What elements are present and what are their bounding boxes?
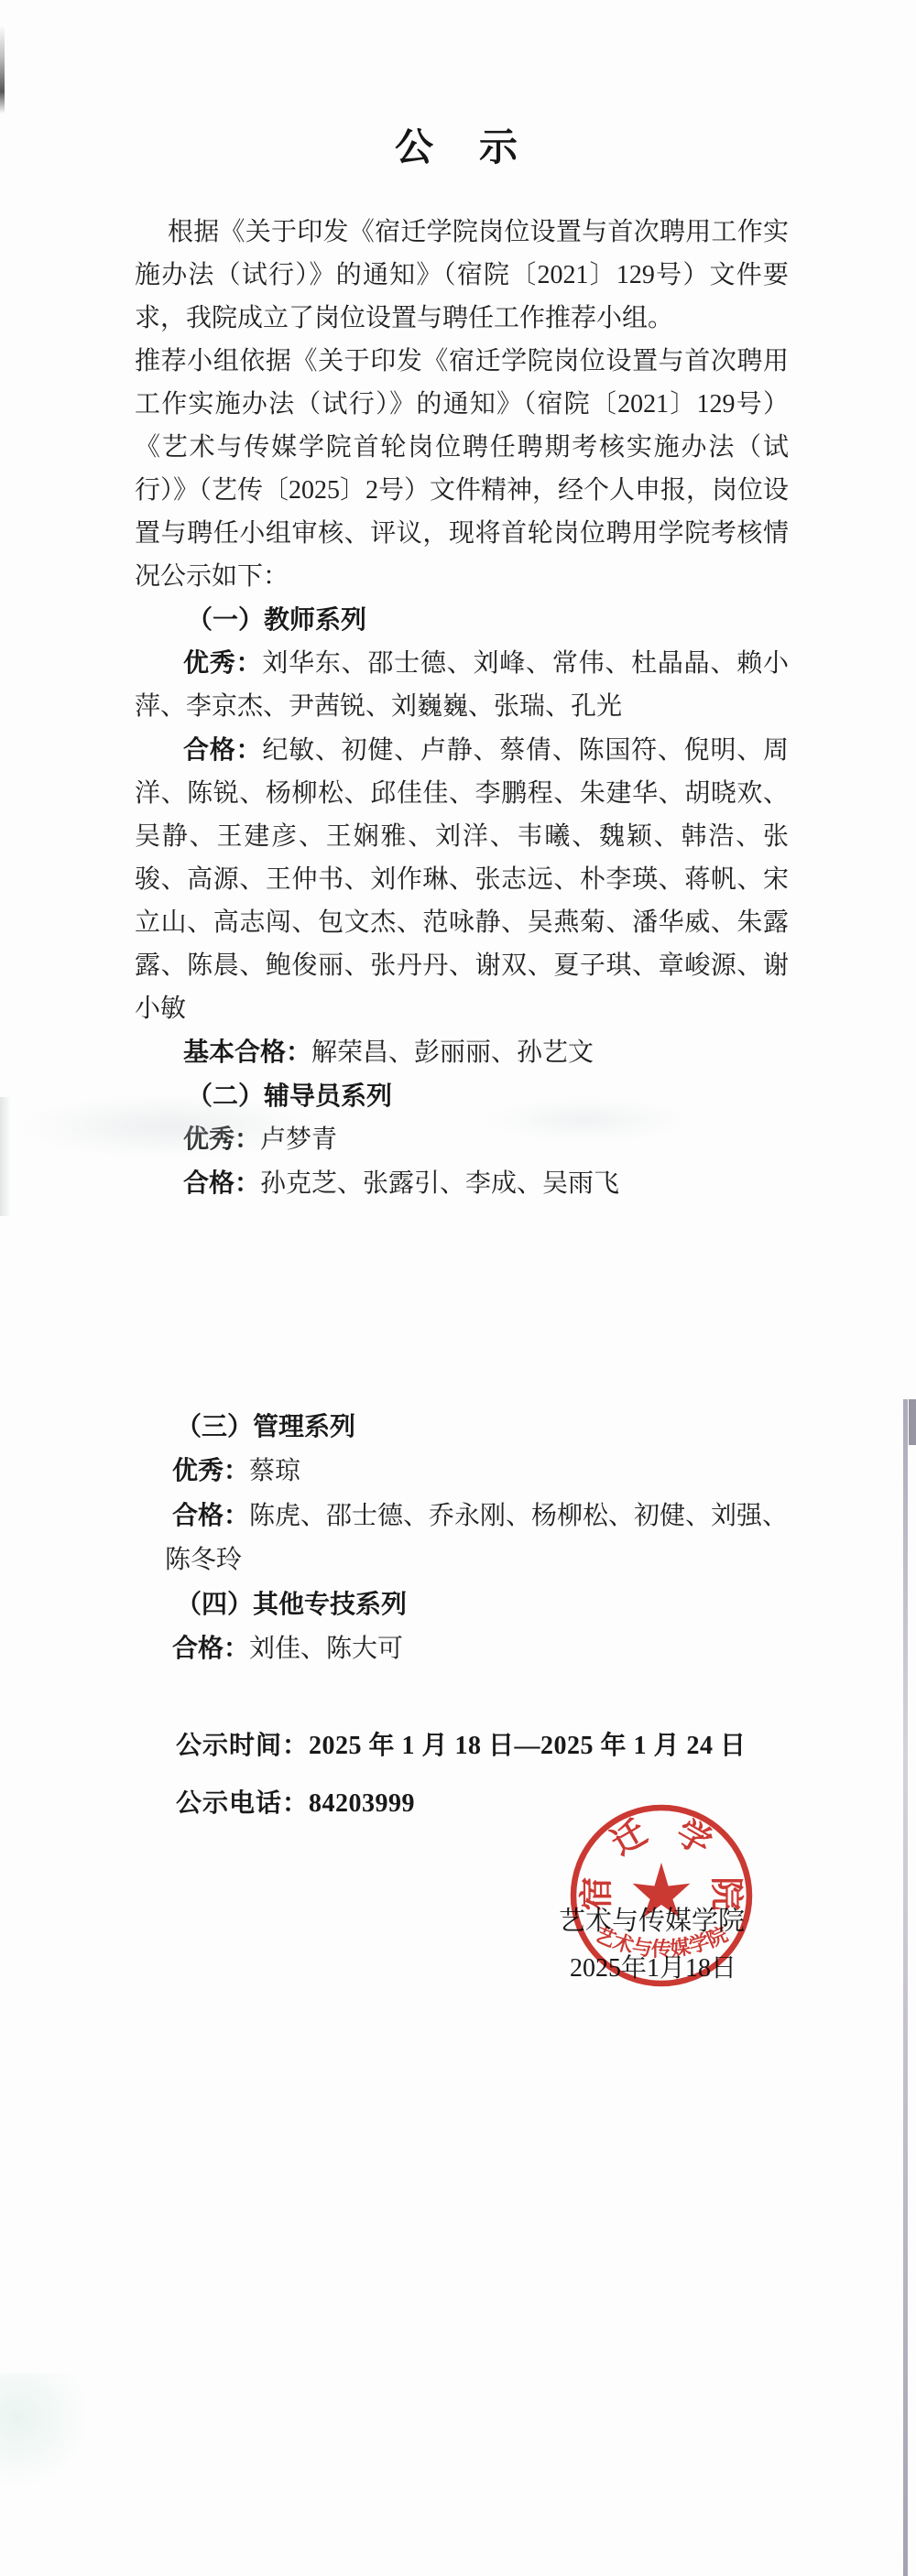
scan-artifact <box>903 1399 908 2576</box>
intro-paragraph-1: 根据《关于印发《宿迁学院岗位设置与首次聘用工作实施办法（试行）》的通知》（宿院〔… <box>135 211 789 340</box>
entry-teachers-basic-qualified: 基本合格：解荣昌、彭丽丽、孙艺文 <box>135 1030 789 1074</box>
entry-teachers-qualified: 合格：纪敏、初健、卢静、蔡倩、陈国符、倪明、周洋、陈锐、杨柳松、邱佳佳、李鹏程、… <box>135 728 789 1030</box>
section-heading-management: （三）管理系列 <box>165 1405 806 1449</box>
entry-label: 优秀： <box>183 1125 260 1153</box>
seal-banner-textpath: 艺术与传媒学院 <box>592 1922 731 1961</box>
announcement-body-page2: （三）管理系列 优秀：蔡琼 合格：陈虎、邵士德、乔永刚、杨柳松、初健、刘强、陈冬… <box>165 1405 806 1671</box>
star-icon <box>633 1863 691 1918</box>
entry-label: 基本合格： <box>183 1038 311 1066</box>
publicity-phone-value: 84203999 <box>309 1789 415 1818</box>
page-title: 公 示 <box>0 126 916 168</box>
entry-label: 优秀： <box>172 1456 249 1484</box>
entry-names: 孙克芝、张露引、李成、吴雨飞 <box>260 1169 619 1198</box>
entry-names: 刘佳、陈大可 <box>249 1635 403 1663</box>
section-heading-other-specialist: （四）其他专技系列 <box>165 1582 806 1626</box>
entry-other-qualified: 合格：刘佳、陈大可 <box>165 1626 806 1671</box>
publicity-period-line: 公示时间：2025 年 1 月 18 日—2025 年 1 月 24 日 <box>176 1727 747 1765</box>
entry-names: 蔡琼 <box>249 1457 300 1485</box>
entry-label: 合格： <box>172 1501 249 1529</box>
seal-char: 院 <box>707 1877 746 1911</box>
entry-teachers-excellent: 优秀：刘华东、邵士德、刘峰、常伟、杜晶晶、赖小萍、李京杰、尹茜锐、刘巍巍、张瑞、… <box>135 641 789 728</box>
entry-management-excellent: 优秀：蔡琼 <box>165 1449 806 1494</box>
entry-names: 卢梦青 <box>260 1125 337 1154</box>
section-heading-counselors: （二）辅导员系列 <box>135 1074 789 1117</box>
announcement-body-page1: 根据《关于印发《宿迁学院岗位设置与首次聘用工作实施办法（试行）》的通知》（宿院〔… <box>135 211 789 1205</box>
seal-banner-text: 艺术与传媒学院 <box>592 1922 731 1961</box>
scanned-announcement-page: 公 示 根据《关于印发《宿迁学院岗位设置与首次聘用工作实施办法（试行）》的通知》… <box>0 0 916 2576</box>
publicity-period-value: 2025 年 1 月 18 日—2025 年 1 月 24 日 <box>309 1732 747 1760</box>
entry-names: 纪敏、初健、卢静、蔡倩、陈国符、倪明、周洋、陈锐、杨柳松、邱佳佳、李鹏程、朱建华… <box>135 736 789 1023</box>
entry-label: 合格： <box>172 1634 249 1662</box>
entry-names: 陈虎、邵士德、乔永刚、杨柳松、初健、刘强、陈冬玲 <box>165 1502 788 1574</box>
scan-artifact <box>0 26 5 114</box>
scan-artifact <box>0 2374 87 2484</box>
publicity-phone-line: 公示电话：84203999 <box>176 1785 415 1822</box>
publicity-period-label: 公示时间： <box>176 1731 309 1759</box>
entry-label: 合格： <box>183 735 262 764</box>
entry-label: 合格： <box>183 1168 260 1197</box>
entry-label: 优秀： <box>183 648 262 677</box>
scan-artifact <box>909 1399 916 1445</box>
entry-management-qualified: 合格：陈虎、邵士德、乔永刚、杨柳松、初健、刘强、陈冬玲 <box>165 1494 806 1582</box>
official-seal: 宿 迁 学 院 艺术与传媒学院 <box>562 1796 761 1995</box>
entry-names: 解荣昌、彭丽丽、孙艺文 <box>311 1038 594 1067</box>
intro-paragraph-2: 推荐小组依据《关于印发《宿迁学院岗位设置与首次聘用工作实施办法（试行）》的通知》… <box>135 340 789 598</box>
seal-char: 宿 <box>578 1877 616 1911</box>
publicity-phone-label: 公示电话： <box>176 1788 309 1817</box>
entry-counselors-qualified: 合格：孙克芝、张露引、李成、吴雨飞 <box>135 1161 789 1205</box>
section-heading-teachers: （一）教师系列 <box>135 598 789 641</box>
entry-counselors-excellent: 优秀：卢梦青 <box>135 1117 789 1161</box>
scan-artifact <box>0 1097 11 1216</box>
